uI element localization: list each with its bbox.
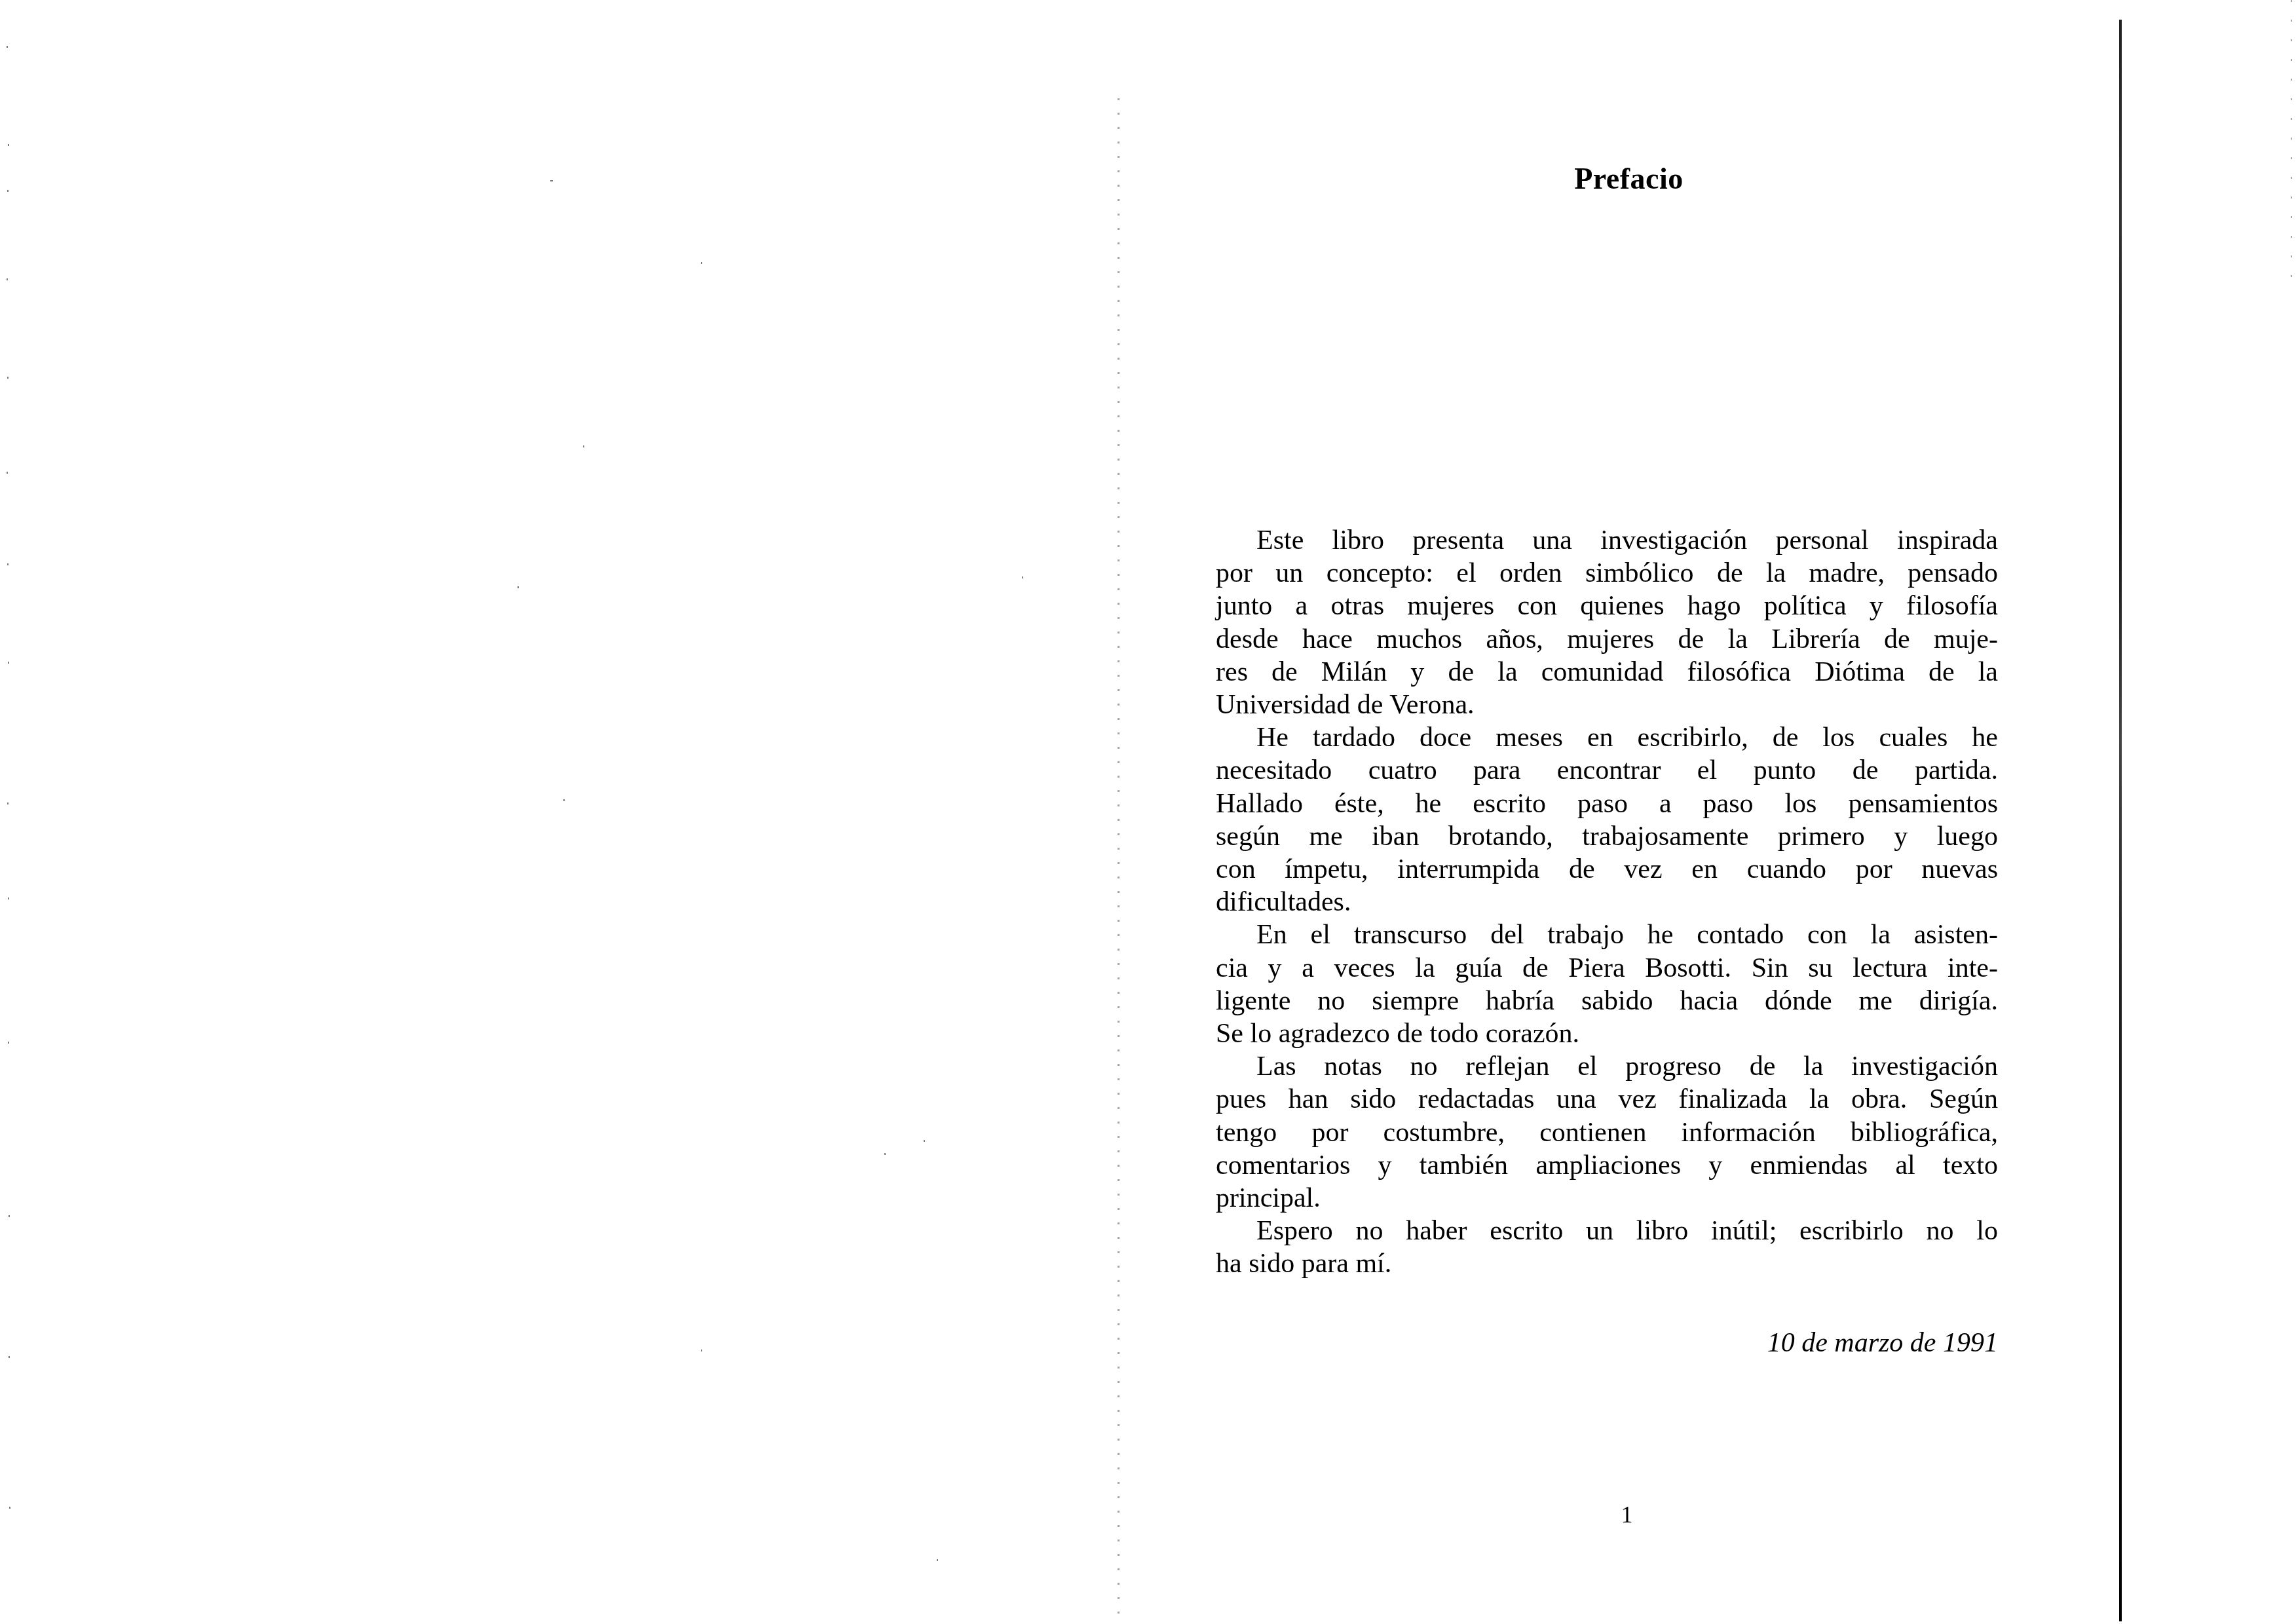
scan-speck: [583, 445, 584, 447]
text-line: ligente no siempre habría sabido hacia d…: [1216, 985, 1998, 1017]
paragraph-4: Las notas no reflejan el progreso de la …: [1216, 1050, 1998, 1215]
text-line: cia y a veces la guía de Piera Bosotti. …: [1216, 952, 1998, 985]
scan-speck: [8, 1042, 9, 1044]
text-line: He tardado doce meses en escribirlo, de …: [1216, 721, 1998, 754]
paragraph-2: He tardado doce meses en escribirlo, de …: [1216, 721, 1998, 918]
page-edge-line: [2119, 20, 2122, 1621]
scan-edge-marks: [2291, 0, 2292, 288]
text-line: según me iban brotando, trabajosamente p…: [1216, 820, 1998, 853]
text-line: Hallado éste, he escrito paso a paso los…: [1216, 787, 1998, 820]
paragraph-3: En el transcurso del trabajo he contado …: [1216, 918, 1998, 1050]
book-gutter: [1118, 98, 1120, 1618]
signature-date: 10 de marzo de 1991: [1216, 1327, 1998, 1359]
text-line: Se lo agradezco de todo corazón.: [1216, 1017, 1998, 1050]
text-line: con ímpetu, interrumpida de vez en cuand…: [1216, 853, 1998, 886]
page-number: 1: [1120, 1501, 2120, 1528]
scan-speck: [701, 1350, 702, 1351]
text-line: Universidad de Verona.: [1216, 689, 1998, 721]
preface-body: Este libro presenta una investigación pe…: [1216, 524, 1998, 1281]
text-line: junto a otras mujeres con quienes hago p…: [1216, 590, 1998, 622]
text-line: Las notas no reflejan el progreso de la …: [1216, 1050, 1998, 1083]
text-line: comentarios y también ampliaciones y enm…: [1216, 1149, 1998, 1182]
text-line: por un concepto: el orden simbólico de l…: [1216, 557, 1998, 590]
scan-speck: [9, 1356, 10, 1358]
text-line: dificultades.: [1216, 886, 1998, 918]
scan-speck: [550, 180, 553, 181]
text-line: En el transcurso del trabajo he contado …: [1216, 918, 1998, 951]
scan-speck: [9, 1507, 10, 1509]
page-title: Prefacio: [1120, 161, 2120, 197]
text-line: Este libro presenta una investigación pe…: [1216, 524, 1998, 557]
scan-speck: [8, 144, 9, 146]
scan-speck: [7, 472, 8, 474]
scan-speck: [7, 190, 9, 192]
text-line: res de Milán y de la comunidad filosófic…: [1216, 656, 1998, 689]
text-line: necesitado cuatro para encontrar el punt…: [1216, 754, 1998, 787]
text-line: desde hace muchos años, mujeres de la Li…: [1216, 623, 1998, 656]
scan-speck: [924, 1140, 925, 1142]
scan-speck: [937, 1559, 938, 1561]
text-line: Espero no haber escrito un libro inútil;…: [1216, 1215, 1998, 1247]
scan-speck: [1022, 576, 1023, 578]
scan-speck: [8, 897, 9, 899]
scan-speck: [518, 586, 519, 588]
text-line: tengo por costumbre, contienen informaci…: [1216, 1116, 1998, 1149]
scan-speck: [8, 662, 9, 664]
book-spread: Prefacio Este libro presenta una investi…: [0, 0, 2296, 1624]
text-line: pues han sido redactadas una vez finaliz…: [1216, 1083, 1998, 1116]
text-line: ha sido para mí.: [1216, 1247, 1998, 1280]
scan-speck: [7, 803, 9, 804]
scan-speck: [884, 1153, 886, 1155]
scan-speck: [7, 278, 8, 280]
scan-speck: [7, 563, 9, 565]
text-line: principal.: [1216, 1182, 1998, 1215]
paragraph-1: Este libro presenta una investigación pe…: [1216, 524, 1998, 721]
scan-speck: [563, 799, 565, 801]
scan-speck: [7, 377, 9, 379]
right-page: Prefacio Este libro presenta una investi…: [1120, 0, 2120, 1624]
paragraph-5: Espero no haber escrito un libro inútil;…: [1216, 1215, 1998, 1280]
left-page-blank: [0, 0, 1118, 1624]
scan-speck: [7, 46, 8, 48]
scan-speck: [701, 262, 702, 264]
scan-speck: [9, 1215, 10, 1217]
